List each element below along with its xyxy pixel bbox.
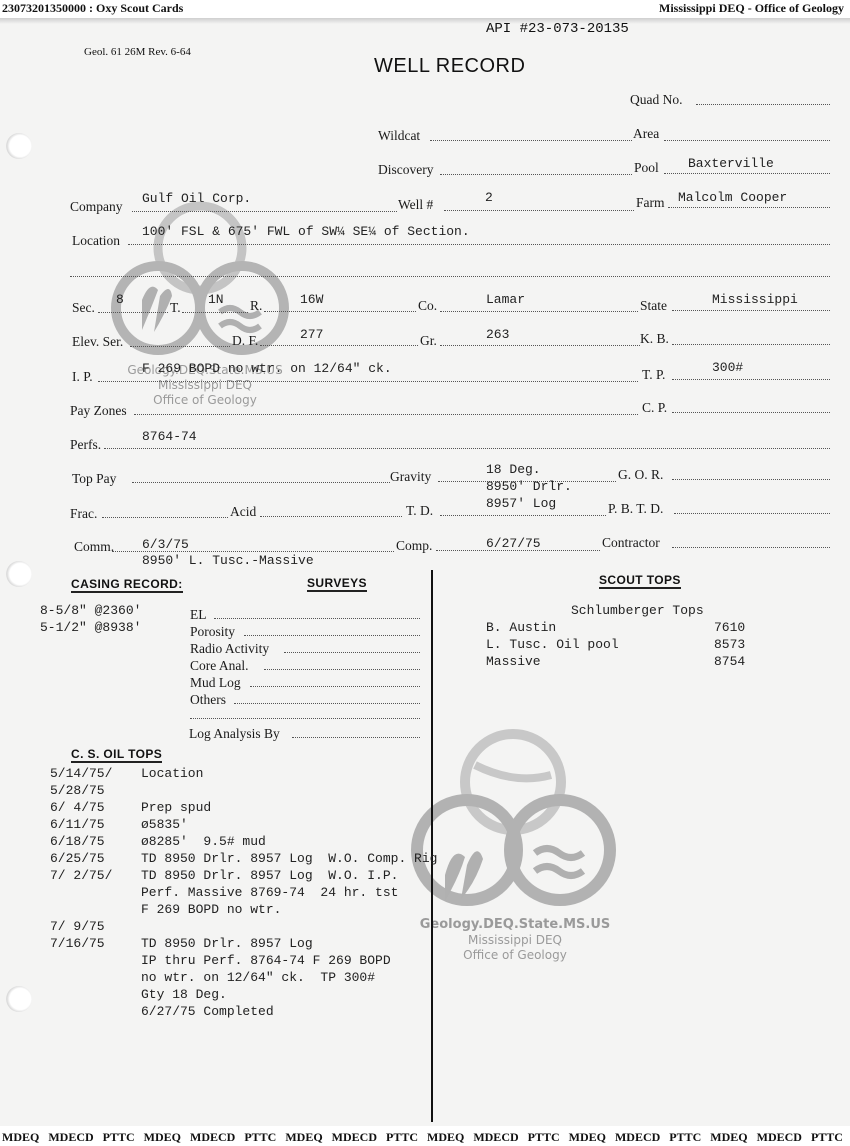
field-co bbox=[440, 311, 638, 312]
oil-top-date: 7/16/75 bbox=[50, 936, 105, 951]
field-gr bbox=[440, 345, 640, 346]
field-ip bbox=[98, 381, 638, 382]
field-pay-zones bbox=[134, 414, 638, 415]
value-company: Gulf Oil Corp. bbox=[142, 191, 251, 206]
oil-top-date: 7/ 9/75 bbox=[50, 919, 105, 934]
scout-tops-heading: SCOUT TOPS bbox=[599, 573, 681, 589]
field-state bbox=[672, 310, 830, 311]
oil-top-date: 6/ 4/75 bbox=[50, 800, 105, 815]
survey-item-log-analysis-by: Log Analysis By bbox=[189, 726, 280, 742]
punch-hole bbox=[6, 986, 32, 1012]
value-pool: Baxterville bbox=[688, 156, 774, 171]
field-survey-porosity bbox=[244, 635, 420, 636]
casing-entry: 8-5/8" @2360' bbox=[40, 603, 141, 618]
field-top-pay bbox=[132, 482, 390, 483]
scout-top-name: Massive bbox=[486, 654, 541, 669]
value-td-drlr: 8950' Drlr. bbox=[486, 479, 572, 494]
oil-top-entry: TD 8950 Drlr. 8957 Log W.O. I.P. bbox=[141, 868, 398, 883]
oil-top-date: 6/11/75 bbox=[50, 817, 105, 832]
label-ip: I. P. bbox=[72, 369, 93, 385]
value-ip: F 269 BOPD no wtr. on 12/64" ck. bbox=[142, 361, 392, 376]
form-code: Geol. 61 26M Rev. 6-64 bbox=[84, 46, 191, 58]
oil-top-entry: IP thru Perf. 8764-74 F 269 BOPD bbox=[141, 953, 391, 968]
oil-top-entry: F 269 BOPD no wtr. bbox=[141, 902, 281, 917]
label-cp: C. P. bbox=[642, 400, 667, 416]
cs-oil-tops-heading: C. S. OIL TOPS bbox=[71, 747, 162, 763]
label-perfs: Perfs. bbox=[70, 437, 101, 453]
oil-top-date: 5/28/75 bbox=[50, 783, 105, 798]
document-id: 23073201350000 : Oxy Scout Cards bbox=[2, 0, 183, 17]
field-kb bbox=[672, 344, 830, 345]
well-record-card bbox=[0, 18, 850, 1126]
field-survey-mud-log bbox=[250, 686, 420, 687]
value-comp: 6/27/75 bbox=[486, 536, 541, 551]
field-survey-log-analysis-by bbox=[292, 737, 420, 738]
field-r bbox=[264, 311, 416, 312]
survey-item-el: EL bbox=[190, 607, 207, 623]
value-r: 16W bbox=[300, 292, 323, 307]
label-gor: G. O. R. bbox=[618, 467, 663, 483]
field-survey-others bbox=[234, 703, 420, 704]
surveys-heading: SURVEYS bbox=[307, 576, 367, 592]
field-farm bbox=[668, 207, 830, 208]
label-gr: Gr. bbox=[420, 333, 437, 349]
label-quad-no: Quad No. bbox=[630, 92, 683, 108]
label-pay-zones: Pay Zones bbox=[70, 403, 127, 419]
field-perfs bbox=[104, 448, 830, 449]
field-area bbox=[664, 140, 830, 141]
punch-hole bbox=[6, 561, 32, 587]
scout-top-depth: 8573 bbox=[714, 637, 745, 652]
field-location-line-2 bbox=[70, 276, 830, 277]
survey-item-core-anal: Core Anal. bbox=[190, 658, 249, 674]
value-comm: 6/3/75 bbox=[142, 537, 189, 552]
oil-top-date: 5/14/75/ bbox=[50, 766, 112, 781]
scout-top-name: L. Tusc. Oil pool bbox=[486, 637, 619, 652]
field-acid bbox=[260, 516, 402, 517]
value-perfs: 8764-74 bbox=[142, 429, 197, 444]
label-well-no: Well # bbox=[398, 197, 433, 213]
value-gr: 263 bbox=[486, 327, 509, 342]
field-cp bbox=[672, 412, 830, 413]
label-elev-ser: Elev. Ser. bbox=[72, 334, 123, 350]
field-tp bbox=[672, 379, 830, 380]
torn-edge bbox=[0, 18, 850, 24]
label-state: State bbox=[640, 298, 667, 314]
oil-top-date: 6/25/75 bbox=[50, 851, 105, 866]
casing-entry: 5-1/2" @8938' bbox=[40, 620, 141, 635]
value-t: 1N bbox=[208, 292, 224, 307]
field-location bbox=[128, 244, 830, 245]
field-well-no bbox=[444, 210, 634, 211]
field-t bbox=[182, 312, 248, 313]
value-state: Mississippi bbox=[712, 292, 798, 307]
agency-name: Mississippi DEQ - Office of Geology bbox=[659, 0, 844, 17]
field-survey-radio-activity bbox=[284, 652, 420, 653]
label-frac: Frac. bbox=[70, 506, 97, 522]
label-pool: Pool bbox=[634, 160, 659, 176]
label-area: Area bbox=[633, 126, 659, 142]
value-tp: 300# bbox=[712, 360, 743, 375]
label-location: Location bbox=[72, 233, 120, 249]
field-td bbox=[440, 515, 606, 516]
field-gor bbox=[672, 479, 830, 480]
label-td: T. D. bbox=[406, 503, 433, 519]
oil-top-entry: Location bbox=[141, 766, 203, 781]
survey-item-porosity: Porosity bbox=[190, 624, 235, 640]
value-well-no: 2 bbox=[485, 190, 493, 205]
value-comm-note: 8950' L. Tusc.-Massive bbox=[142, 553, 314, 568]
scout-tops-subheading: Schlumberger Tops bbox=[571, 603, 704, 618]
document-header: 23073201350000 : Oxy Scout Cards Mississ… bbox=[0, 0, 850, 18]
label-gravity: Gravity bbox=[390, 469, 431, 485]
field-elev-ser bbox=[130, 346, 230, 347]
value-gravity: 18 Deg. bbox=[486, 462, 541, 477]
value-co: Lamar bbox=[486, 292, 525, 307]
label-comp: Comp. bbox=[396, 538, 432, 554]
label-kb: K. B. bbox=[640, 331, 669, 347]
label-r: R. bbox=[250, 298, 262, 314]
survey-item-others: Others bbox=[190, 692, 226, 708]
scout-top-depth: 7610 bbox=[714, 620, 745, 635]
scout-top-depth: 8754 bbox=[714, 654, 745, 669]
field-quad-no bbox=[696, 104, 830, 105]
label-wildcat: Wildcat bbox=[378, 128, 420, 144]
value-farm: Malcolm Cooper bbox=[678, 190, 787, 205]
field-company bbox=[132, 211, 397, 212]
field-discovery bbox=[440, 174, 632, 175]
oil-top-entry: Prep spud bbox=[141, 800, 211, 815]
field-survey-blank bbox=[190, 718, 420, 719]
label-acid: Acid bbox=[230, 504, 256, 520]
label-co: Co. bbox=[418, 298, 437, 314]
field-survey-core-anal bbox=[264, 669, 420, 670]
field-frac bbox=[102, 517, 228, 518]
oil-top-entry: Perf. Massive 8769-74 24 hr. tst bbox=[141, 885, 398, 900]
label-contractor: Contractor bbox=[602, 535, 660, 551]
label-company: Company bbox=[70, 199, 123, 215]
oil-top-entry: no wtr. on 12/64" ck. TP 300# bbox=[141, 970, 375, 985]
value-location: 100' FSL & 675' FWL of SW¼ SE¼ of Sectio… bbox=[142, 224, 470, 239]
survey-item-mud-log: Mud Log bbox=[190, 675, 241, 691]
value-df: 277 bbox=[300, 327, 323, 342]
survey-item-radio-activity: Radio Activity bbox=[190, 641, 269, 657]
document-footer: MDEQ MDECD PTTC MDEQ MDECD PTTC MDEQ MDE… bbox=[0, 1126, 850, 1146]
punch-hole bbox=[6, 133, 32, 159]
casing-record-heading: CASING RECORD: bbox=[71, 577, 183, 593]
label-tp: T. P. bbox=[642, 367, 665, 383]
label-sec: Sec. bbox=[72, 300, 95, 316]
label-top-pay: Top Pay bbox=[72, 471, 116, 487]
oil-top-entry: ø8285' 9.5# mud bbox=[141, 834, 266, 849]
oil-top-entry: Gty 18 Deg. bbox=[141, 987, 227, 1002]
oil-top-entry: 6/27/75 Completed bbox=[141, 1004, 274, 1019]
field-pbtd bbox=[674, 513, 830, 514]
scout-top-name: B. Austin bbox=[486, 620, 556, 635]
field-sec bbox=[98, 312, 168, 313]
label-t: T. bbox=[170, 300, 181, 316]
oil-top-date: 7/ 2/75/ bbox=[50, 868, 112, 883]
column-divider bbox=[431, 570, 433, 1122]
api-number: API #23-073-20135 bbox=[486, 21, 629, 37]
field-pool bbox=[664, 173, 830, 174]
field-df bbox=[260, 345, 418, 346]
oil-top-date: 6/18/75 bbox=[50, 834, 105, 849]
label-pbtd: P. B. T. D. bbox=[608, 501, 663, 517]
field-survey-el bbox=[214, 618, 420, 619]
label-farm: Farm bbox=[636, 195, 665, 211]
oil-top-entry: TD 8950 Drlr. 8957 Log W.O. Comp. Rig bbox=[141, 851, 437, 866]
oil-top-entry: ø5835' bbox=[141, 817, 188, 832]
label-df: D. F. bbox=[232, 333, 258, 349]
oil-top-entry: TD 8950 Drlr. 8957 Log bbox=[141, 936, 313, 951]
label-comm: Comm. bbox=[74, 539, 114, 555]
value-sec: 8 bbox=[116, 292, 124, 307]
page-title: WELL RECORD bbox=[374, 55, 525, 78]
field-contractor bbox=[672, 547, 830, 548]
value-td-log: 8957' Log bbox=[486, 496, 556, 511]
field-wildcat bbox=[430, 140, 632, 141]
label-discovery: Discovery bbox=[378, 162, 433, 178]
